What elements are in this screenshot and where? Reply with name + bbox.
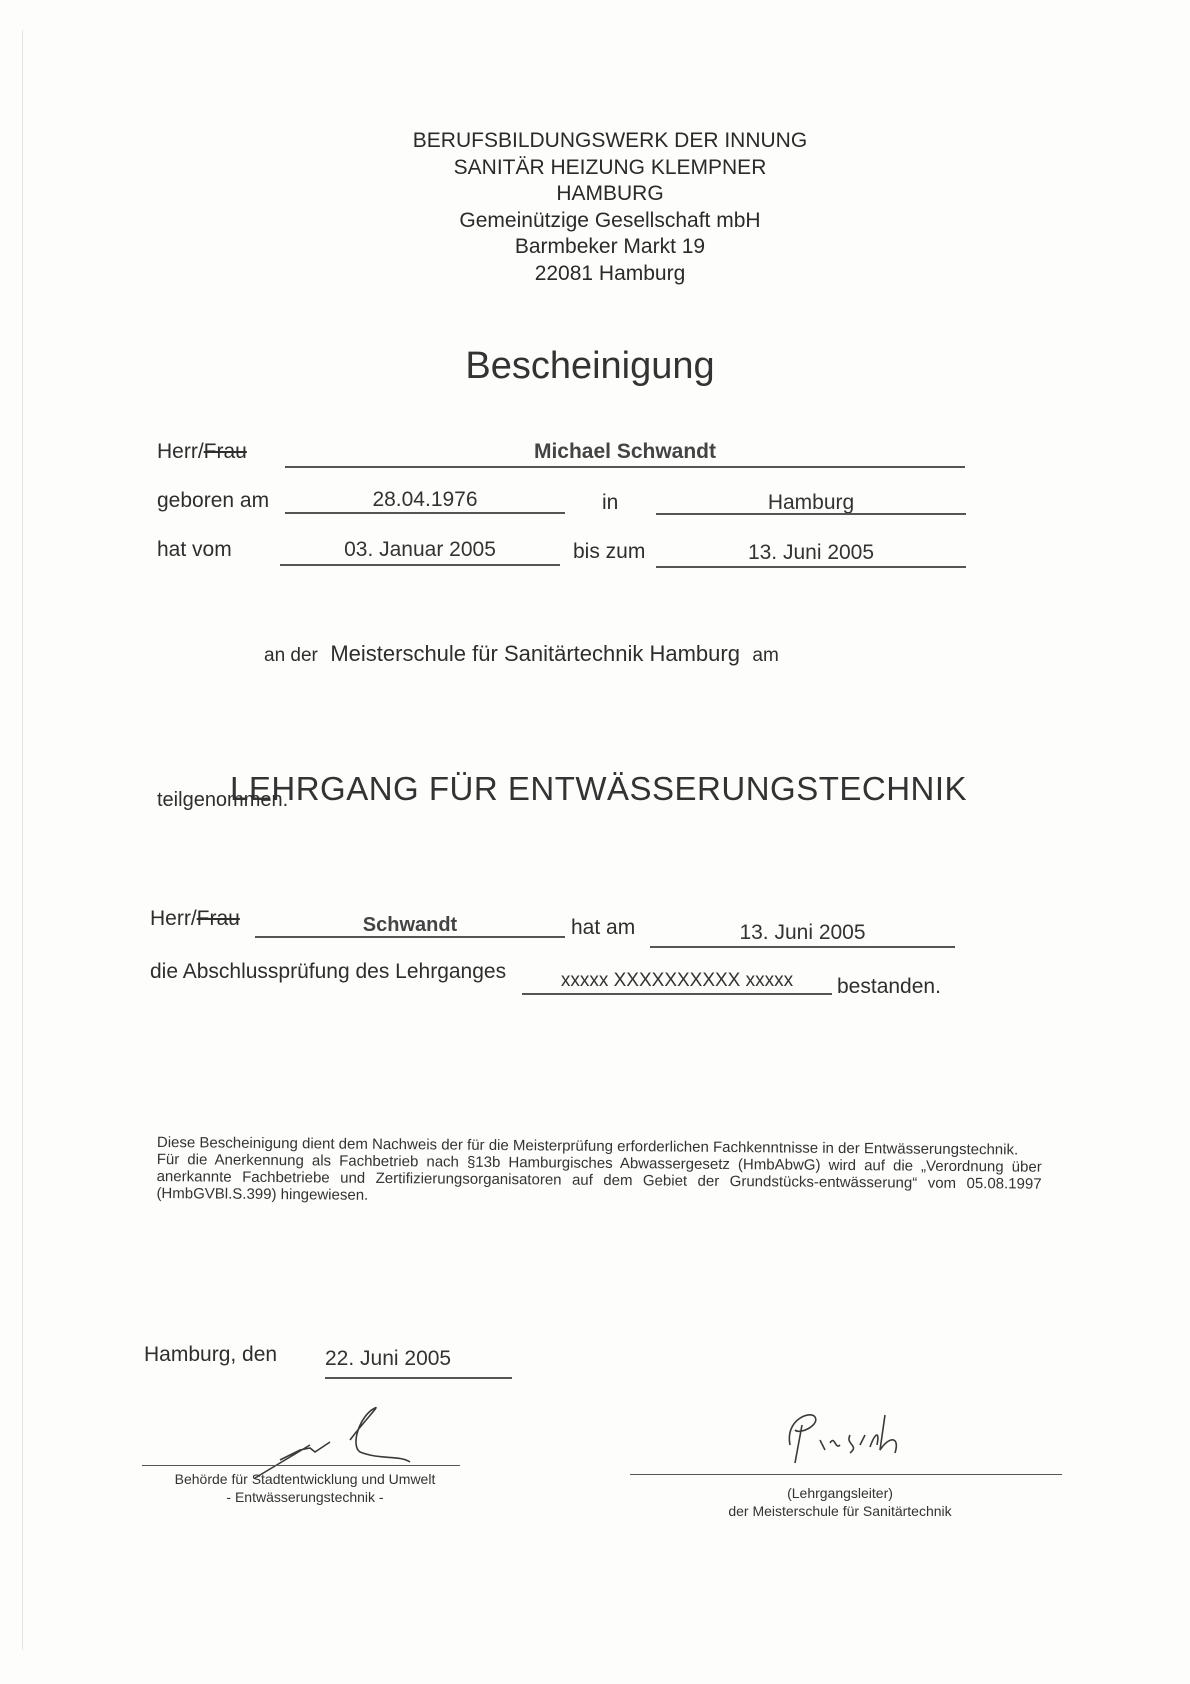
school-name: Meisterschule für Sanitärtechnik Hamburg [330,641,740,666]
exam-date: 13. Juni 2005 [650,921,955,945]
right-caption-line2: der Meisterschule für Sanitärtechnik [690,1502,990,1520]
school-line: an der Meisterschule für Sanitärtechnik … [264,641,779,667]
left-signature-icon [240,1400,440,1480]
from-date-underline [280,564,560,566]
right-signature-line [630,1474,1062,1475]
exam-salutation: Herr/Frau [150,907,240,931]
course-title: LEHRGANG FÜR ENTWÄSSERUNGSTECHNIK [230,770,967,808]
in-label: in [602,491,618,515]
left-signature-caption: Behörde für Stadtentwicklung und Umwelt … [150,1470,460,1506]
person-name: Michael Schwandt [285,440,965,464]
right-signature-caption: (Lehrgangsleiter) der Meisterschule für … [690,1484,990,1520]
issuer-line: 22081 Hamburg [340,261,880,288]
birth-place: Hamburg [656,491,966,515]
issuer-line: SANITÄR HEIZUNG KLEMPNER [340,155,880,182]
left-caption-line1: Behörde für Stadtentwicklung und Umwelt [150,1470,460,1488]
birth-date-underline [285,512,565,514]
right-signature-icon [780,1405,930,1465]
place-date-label: Hamburg, den [144,1343,277,1367]
exam-salutation-frau-struck: Frau [197,907,240,930]
to-date: 13. Juni 2005 [656,541,966,565]
born-label: geboren am [157,489,269,513]
salutation-frau-struck: Frau [204,440,247,463]
issuer-line: HAMBURG [340,181,880,208]
to-date-underline [656,566,966,568]
exam-surname: Schwandt [255,914,565,937]
to-label: bis zum [573,540,645,564]
salutation-herr: Herr/ [157,440,204,463]
exam-date-label: hat am [571,916,635,940]
exam-salutation-herr: Herr/ [150,907,197,930]
salutation-label: Herr/Frau [157,440,247,464]
exam-label: die Abschlussprüfung des Lehrganges [150,960,506,984]
exam-date-underline [650,946,955,948]
right-caption-line1: (Lehrgangsleiter) [690,1484,990,1502]
from-label: hat vom [157,538,232,562]
note-paragraph: Für die Anerkennung als Fachbetrieb nach… [156,1151,1041,1210]
issuer-line: Gemeinützige Gesellschaft mbH [340,208,880,235]
school-suffix: am [752,645,778,666]
birth-date: 28.04.1976 [285,488,565,512]
exam-result-redacted: xxxxx XXXXXXXXXX xxxxx [522,970,832,992]
legal-note: Diese Bescheinigung dient dem Nachweis d… [156,1134,1042,1210]
issuer-header: BERUFSBILDUNGSWERK DER INNUNG SANITÄR HE… [340,128,880,287]
birth-place-underline [656,513,966,515]
issue-date: 22. Juni 2005 [325,1347,451,1371]
name-underline [285,466,965,468]
school-prefix: an der [264,645,318,666]
left-caption-line2: - Entwässerungstechnik - [150,1488,460,1506]
participated-text: teilgenommen. [157,789,288,812]
issuer-line: Barmbeker Markt 19 [340,234,880,261]
scan-edge [22,30,23,1650]
passed-text: bestanden. [837,975,941,999]
issuer-line: BERUFSBILDUNGSWERK DER INNUNG [340,128,880,155]
document-title: Bescheinigung [440,345,740,388]
exam-result-underline [522,993,832,995]
left-signature-line [142,1465,460,1466]
exam-surname-underline [255,936,565,938]
from-date: 03. Januar 2005 [280,538,560,562]
issue-date-underline [325,1377,512,1379]
